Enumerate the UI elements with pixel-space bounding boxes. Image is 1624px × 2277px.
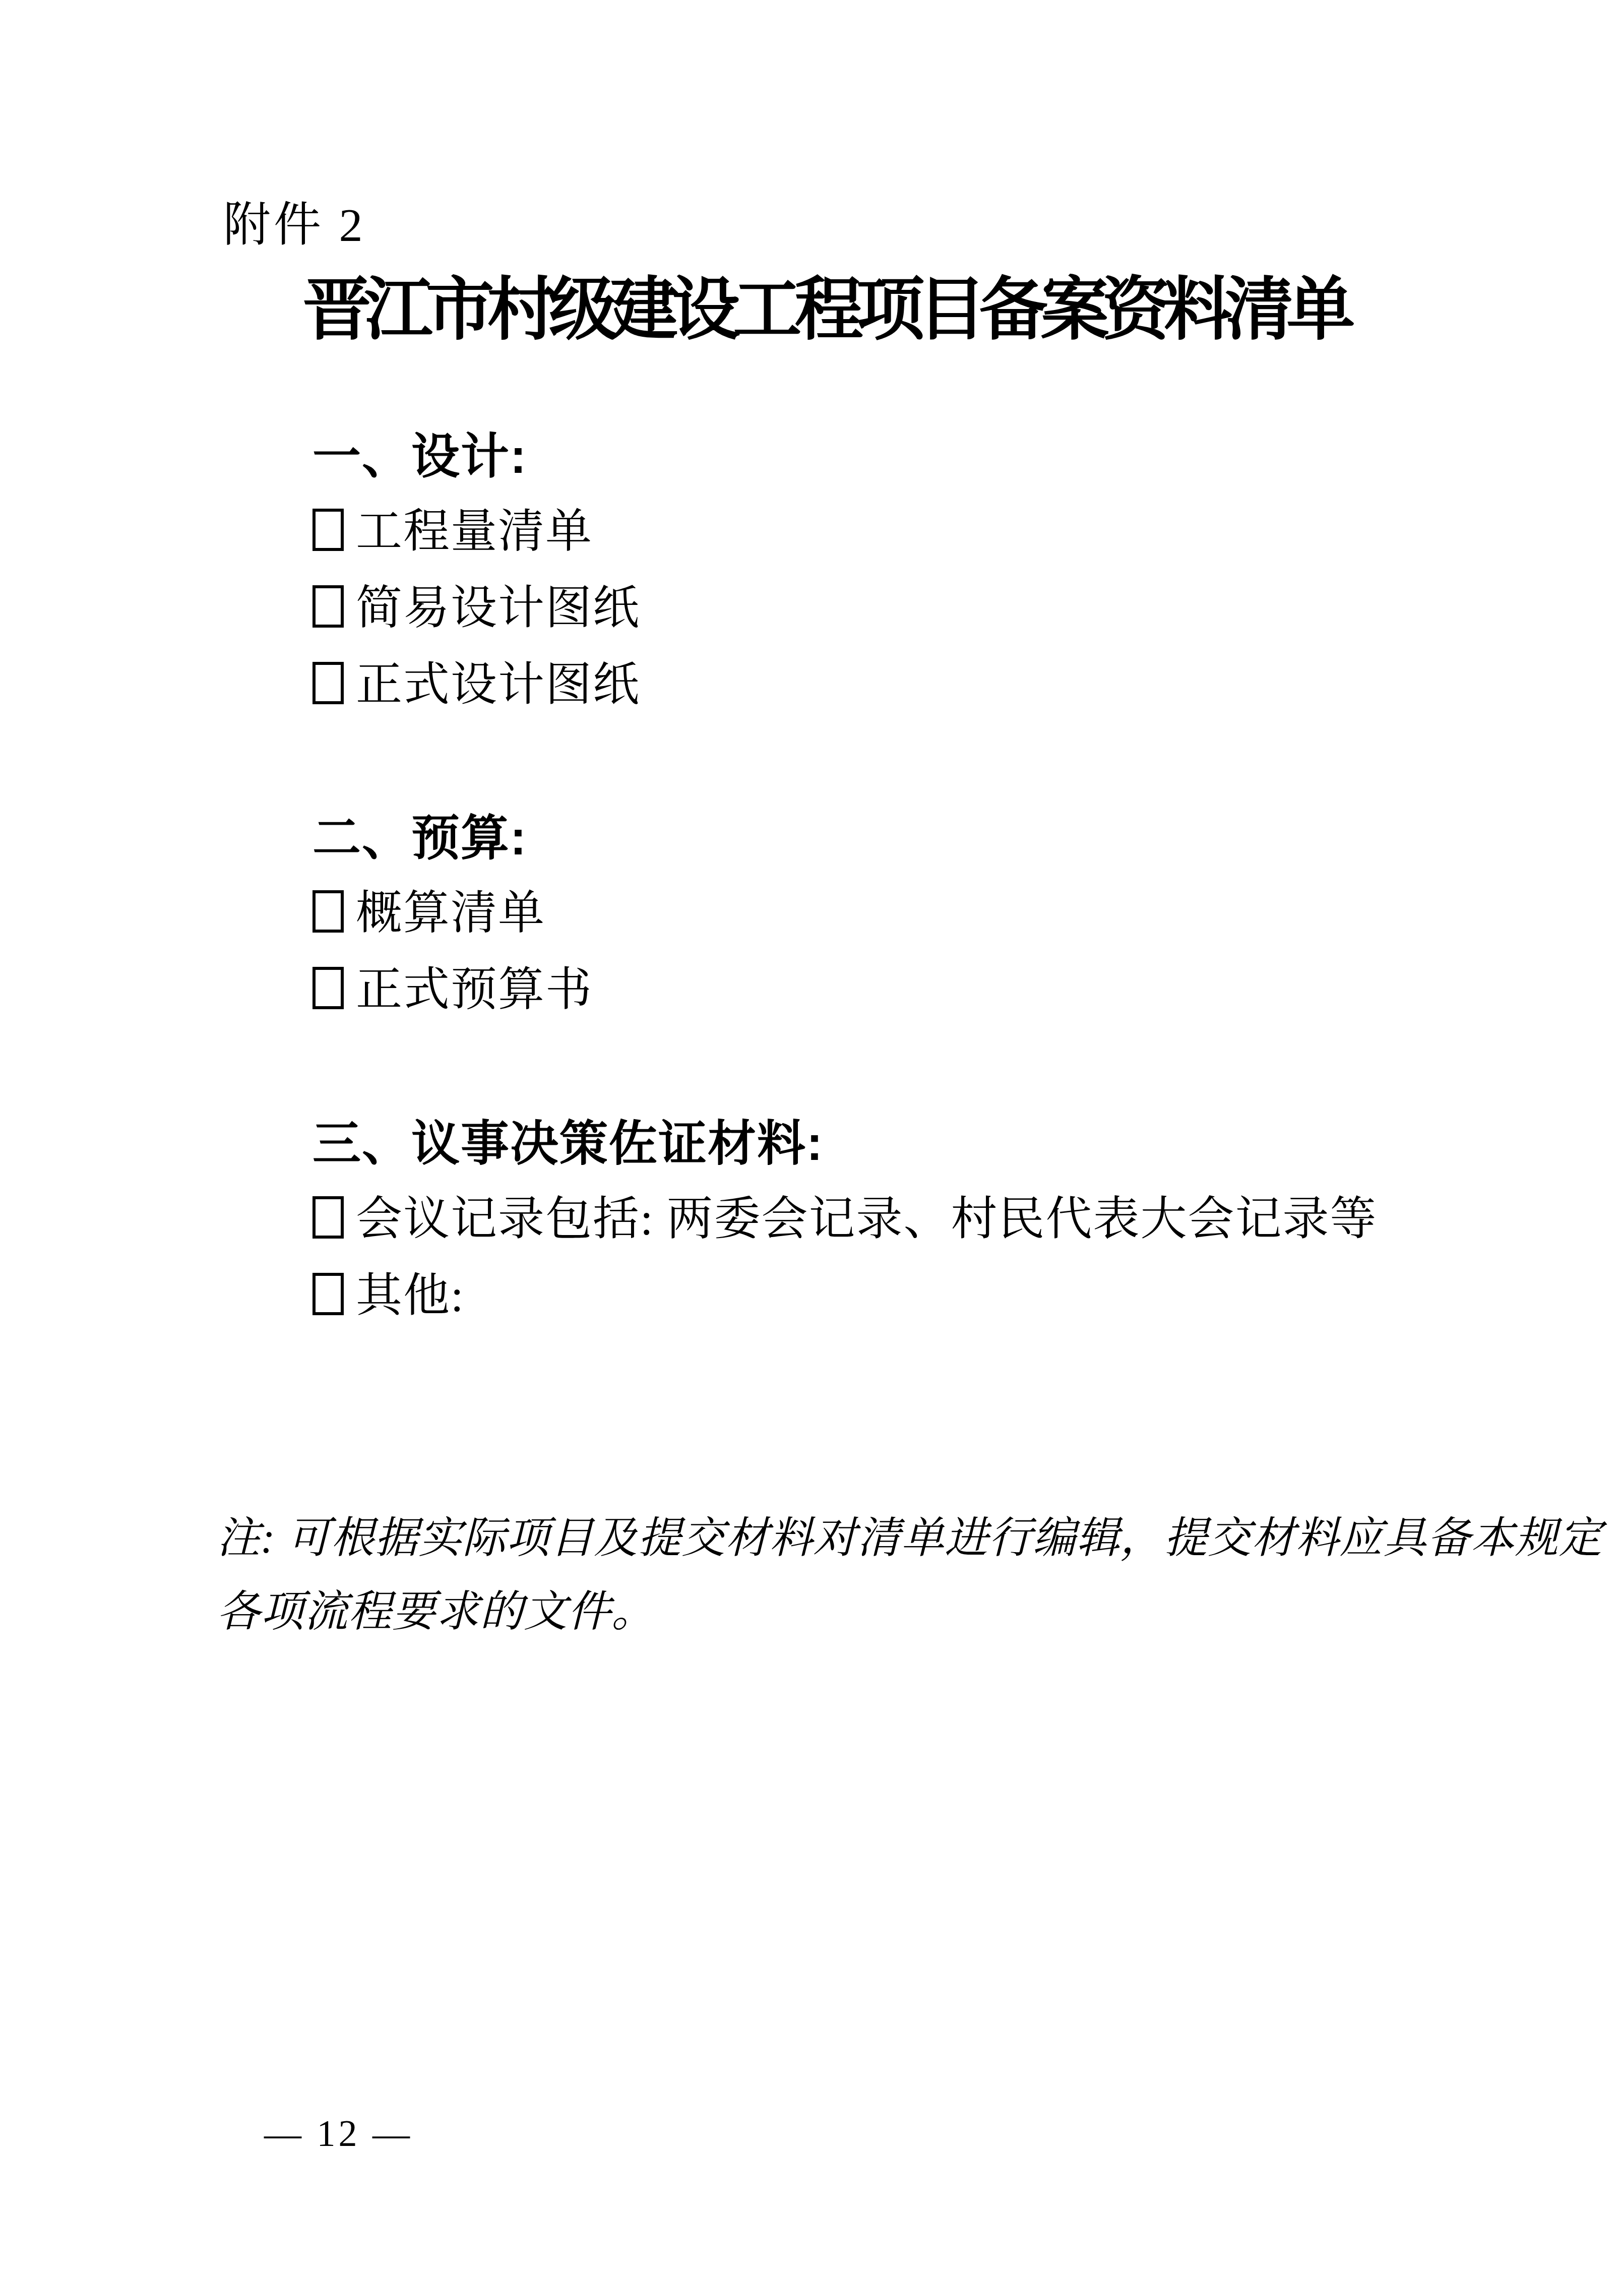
checklist-item-label: 工程量清单 <box>356 506 593 557</box>
checklist-item-label: 正式设计图纸 <box>356 659 640 710</box>
note: 注: 可根据实际项目及提交材料对清单进行编辑，提交材料应具备本规定 各项流程要求… <box>217 1501 1602 1648</box>
checkbox-icon <box>313 509 344 551</box>
checklist-item-label: 会议记录包括: 两委会记录、村民代表大会记录等 <box>356 1193 1378 1245</box>
checklist-item: 工程量清单 <box>313 508 593 555</box>
checklist-item-label: 正式预算书 <box>356 964 593 1015</box>
checklist-item: 其他: <box>313 1272 465 1319</box>
document-page: 附件 2 晋江市村级建设工程项目备案资料清单 一、设计: 工程量清单 简易设计图… <box>0 0 1624 2277</box>
page-number: — 12 — <box>264 2115 413 2152</box>
checklist-item-label: 其他: <box>356 1270 465 1321</box>
section-heading-decision-materials: 三、议事决策佐证材料: <box>313 1120 824 1168</box>
attachment-label: 附件 2 <box>223 201 366 251</box>
checklist-item: 正式设计图纸 <box>313 661 640 708</box>
checklist-item: 正式预算书 <box>313 966 593 1013</box>
checklist-item: 简易设计图纸 <box>313 585 640 631</box>
checkbox-icon <box>313 890 344 933</box>
section-heading-budget: 二、预算: <box>313 814 527 863</box>
note-line: 注: 可根据实际项目及提交材料对清单进行编辑，提交材料应具备本规定 <box>217 1501 1602 1575</box>
checkbox-icon <box>313 1196 344 1239</box>
checklist-item-label: 简易设计图纸 <box>356 582 640 634</box>
note-line: 各项流程要求的文件。 <box>217 1575 1602 1648</box>
section-heading-design: 一、设计: <box>313 433 527 481</box>
page-title: 晋江市村级建设工程项目备案资料清单 <box>219 275 1431 347</box>
checklist-item-label: 概算清单 <box>356 887 545 939</box>
checklist-item: 概算清单 <box>313 890 545 936</box>
checkbox-icon <box>313 1273 344 1315</box>
checklist-item: 会议记录包括: 两委会记录、村民代表大会记录等 <box>313 1196 1378 1242</box>
checkbox-icon <box>313 662 344 704</box>
checkbox-icon <box>313 585 344 628</box>
checkbox-icon <box>313 967 344 1009</box>
